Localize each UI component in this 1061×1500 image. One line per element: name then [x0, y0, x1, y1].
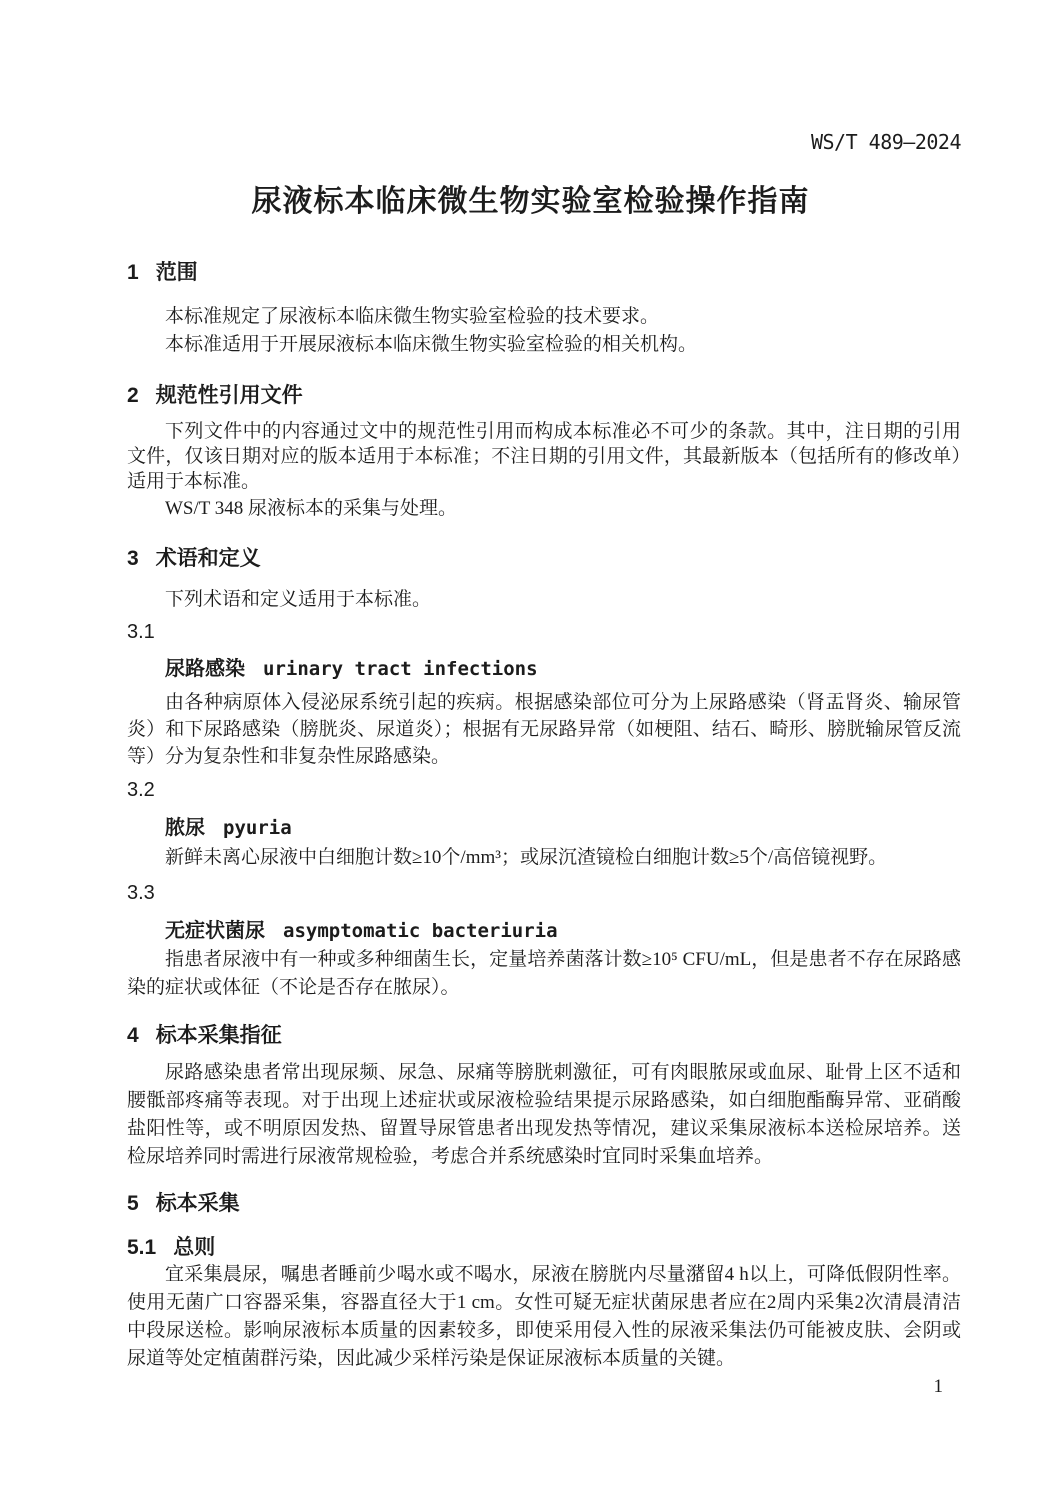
term-3-3-chinese: 无症状菌尿 [165, 920, 265, 942]
section-4-title: 标本采集指征 [156, 1024, 282, 1047]
normative-reference-item: WS/T 348 尿液标本的采集与处理。 [127, 496, 961, 521]
clause-3-1-number: 3.1 [127, 621, 155, 644]
section-5-number: 5 [127, 1192, 139, 1215]
term-3-2-definition: 新鲜未离心尿液中白细胞计数≥10个/mm³；或尿沉渣镜检白细胞计数≥5个/高倍镜… [127, 844, 961, 871]
clause-3-3-number: 3.3 [127, 882, 155, 905]
section-3-heading: 3术语和定义 [127, 542, 961, 572]
section-5-heading: 5标本采集 [127, 1187, 961, 1217]
clause-3-2-number: 3.2 [127, 779, 155, 802]
section-1-heading: 1范围 [127, 256, 961, 286]
section-1-number: 1 [127, 261, 139, 284]
section-2-number: 2 [127, 384, 139, 407]
section-2-heading: 2规范性引用文件 [127, 379, 961, 409]
section-5-1-number: 5.1 [127, 1236, 156, 1259]
scope-paragraph-1: 本标准规定了尿液标本临床微生物实验室检验的技术要求。 [127, 303, 961, 331]
section-5-1-title: 总则 [173, 1236, 215, 1259]
general-principles-paragraph: 宜采集晨尿，嘱患者睡前少喝水或不喝水，尿液在膀胱内尽量潴留4 h以上，可降低假阴… [127, 1261, 961, 1373]
term-3-2-line: 脓尿pyuria [127, 811, 961, 840]
scope-paragraph-2: 本标准适用于开展尿液标本临床微生物实验室检验的相关机构。 [127, 331, 961, 359]
term-3-3-line: 无症状菌尿asymptomatic bacteriuria [127, 914, 961, 943]
term-3-2-english: pyuria [223, 817, 292, 839]
terms-intro-paragraph: 下列术语和定义适用于本标准。 [127, 586, 961, 613]
normative-references-paragraph: 下列文件中的内容通过文中的规范性引用而构成本标准必不可少的条款。其中，注日期的引… [127, 419, 961, 494]
page-number: 1 [934, 1376, 944, 1398]
section-4-heading: 4标本采集指征 [127, 1019, 961, 1049]
term-3-2-chinese: 脓尿 [165, 817, 205, 839]
collection-indication-paragraph: 尿路感染患者常出现尿频、尿急、尿痛等膀胱刺激征，可有肉眼脓尿或血尿、耻骨上区不适… [127, 1059, 961, 1171]
term-3-1-english: urinary tract infections [263, 658, 538, 680]
term-3-1-line: 尿路感染urinary tract infections [127, 652, 961, 681]
document-title: 尿液标本临床微生物实验室检验操作指南 [0, 176, 1061, 220]
term-3-1-definition: 由各种病原体入侵泌尿系统引起的疾病。根据感染部位可分为上尿路感染（肾盂肾炎、输尿… [127, 689, 961, 770]
term-3-3-definition: 指患者尿液中有一种或多种细菌生长，定量培养菌落计数≥10⁵ CFU/mL，但是患… [127, 946, 961, 1002]
document-page: WS/T 489—2024 尿液标本临床微生物实验室检验操作指南 1范围 本标准… [0, 0, 1061, 1500]
term-3-3-english: asymptomatic bacteriuria [283, 920, 558, 942]
section-3-title: 术语和定义 [156, 547, 261, 570]
standard-code: WS/T 489—2024 [811, 130, 961, 154]
section-1-title: 范围 [156, 261, 198, 284]
section-2-title: 规范性引用文件 [156, 384, 303, 407]
section-5-1-heading: 5.1总则 [127, 1231, 961, 1261]
section-3-number: 3 [127, 547, 139, 570]
section-4-number: 4 [127, 1024, 139, 1047]
section-5-title: 标本采集 [156, 1192, 240, 1215]
term-3-1-chinese: 尿路感染 [165, 658, 245, 680]
